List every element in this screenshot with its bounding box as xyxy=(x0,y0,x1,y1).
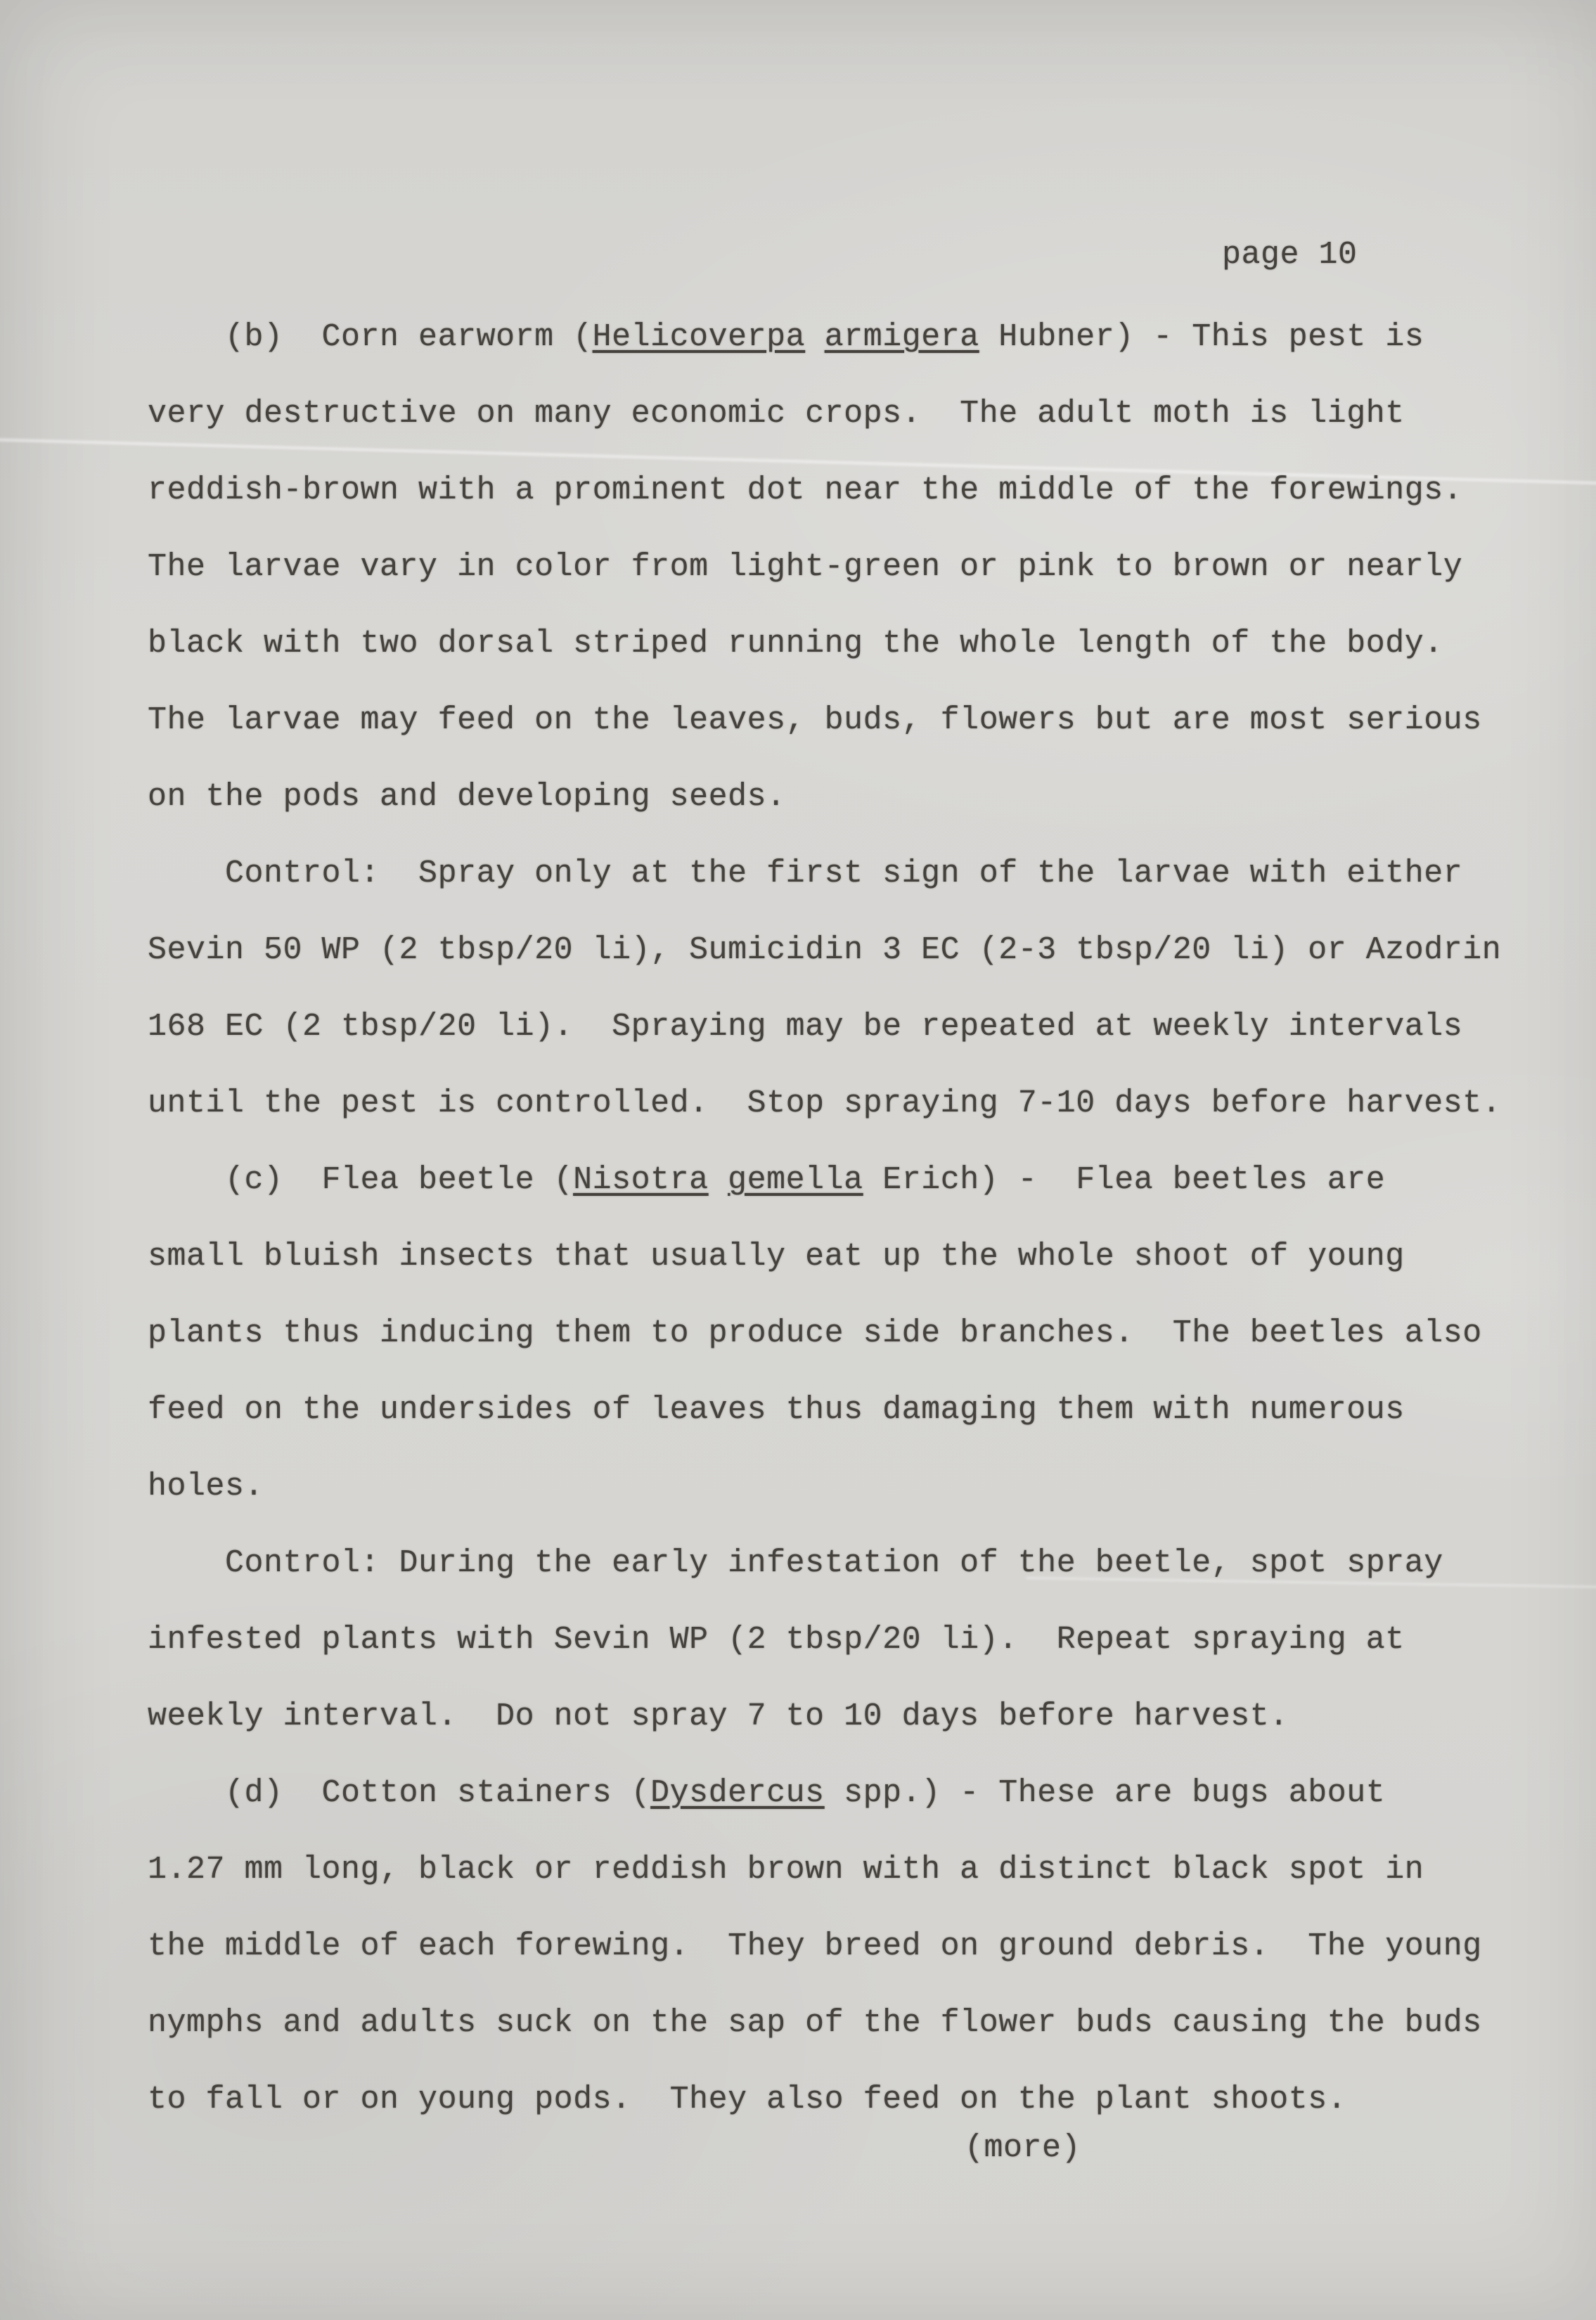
text-segment: The larvae vary in color from light-gree… xyxy=(148,549,1462,585)
text-segment: plants thus inducing them to produce sid… xyxy=(148,1315,1482,1351)
text-segment xyxy=(805,319,825,355)
text-segment: weekly interval. Do not spray 7 to 10 da… xyxy=(148,1699,1289,1734)
text-line: The larvae vary in color from light-gree… xyxy=(148,529,1501,605)
scanned-document-page: page 10 (b) Corn earworm (Helicoverpa ar… xyxy=(0,0,1596,2320)
typewritten-body-text: (b) Corn earworm (Helicoverpa armigera H… xyxy=(148,299,1501,2138)
text-segment: Erich) - Flea beetles are xyxy=(863,1162,1386,1198)
text-line: weekly interval. Do not spray 7 to 10 da… xyxy=(148,1678,1501,1755)
text-segment: Control: During the early infestation of… xyxy=(148,1545,1443,1581)
text-segment: Sevin 50 WP (2 tbsp/20 li), Sumicidin 3 … xyxy=(148,932,1501,968)
text-segment: (b) Corn earworm ( xyxy=(148,319,593,355)
text-segment: small bluish insects that usually eat up… xyxy=(148,1239,1405,1275)
continuation-footer: (more) xyxy=(965,2130,1081,2166)
text-line: (d) Cotton stainers (Dysdercus spp.) - T… xyxy=(148,1755,1501,1831)
underlined-species-name: gemella xyxy=(728,1162,863,1198)
text-segment: (c) Flea beetle ( xyxy=(148,1162,573,1198)
text-segment: (d) Cotton stainers ( xyxy=(148,1775,650,1811)
text-line: black with two dorsal striped running th… xyxy=(148,605,1501,682)
text-line: infested plants with Sevin WP (2 tbsp/20… xyxy=(148,1602,1501,1678)
text-line: 1.27 mm long, black or reddish brown wit… xyxy=(148,1831,1501,1908)
text-segment: very destructive on many economic crops.… xyxy=(148,396,1405,432)
underlined-species-name: Dysdercus xyxy=(650,1775,825,1811)
text-segment: 168 EC (2 tbsp/20 li). Spraying may be r… xyxy=(148,1009,1462,1045)
text-line: Control: During the early infestation of… xyxy=(148,1525,1501,1602)
text-line: to fall or on young pods. They also feed… xyxy=(148,2061,1501,2138)
text-segment: to fall or on young pods. They also feed… xyxy=(148,2082,1346,2118)
page-number: page 10 xyxy=(1222,237,1358,273)
text-segment: infested plants with Sevin WP (2 tbsp/20… xyxy=(148,1622,1405,1658)
underlined-species-name: armigera xyxy=(825,319,979,355)
text-segment: reddish-brown with a prominent dot near … xyxy=(148,472,1462,508)
text-line: Control: Spray only at the first sign of… xyxy=(148,835,1501,912)
text-line: reddish-brown with a prominent dot near … xyxy=(148,452,1501,529)
text-line: small bluish insects that usually eat up… xyxy=(148,1218,1501,1295)
text-segment: nymphs and adults suck on the sap of the… xyxy=(148,2005,1482,2041)
text-segment: Control: Spray only at the first sign of… xyxy=(148,856,1462,891)
text-line: holes. xyxy=(148,1448,1501,1525)
text-line: very destructive on many economic crops.… xyxy=(148,375,1501,452)
text-line: nymphs and adults suck on the sap of the… xyxy=(148,1985,1501,2061)
text-line: until the pest is controlled. Stop spray… xyxy=(148,1065,1501,1142)
text-line: The larvae may feed on the leaves, buds,… xyxy=(148,682,1501,759)
underlined-species-name: Helicoverpa xyxy=(593,319,806,355)
text-segment: feed on the undersides of leaves thus da… xyxy=(148,1392,1405,1428)
text-segment: on the pods and developing seeds. xyxy=(148,779,786,815)
text-line: Sevin 50 WP (2 tbsp/20 li), Sumicidin 3 … xyxy=(148,912,1501,988)
text-line: (b) Corn earworm (Helicoverpa armigera H… xyxy=(148,299,1501,375)
text-segment: Hubner) - This pest is xyxy=(979,319,1424,355)
text-segment: the middle of each forewing. They breed … xyxy=(148,1928,1482,1964)
text-segment: holes. xyxy=(148,1469,264,1504)
text-line: the middle of each forewing. They breed … xyxy=(148,1908,1501,1985)
text-line: (c) Flea beetle (Nisotra gemella Erich) … xyxy=(148,1142,1501,1218)
text-segment: black with two dorsal striped running th… xyxy=(148,626,1443,662)
text-segment: The larvae may feed on the leaves, buds,… xyxy=(148,702,1482,738)
text-segment: spp.) - These are bugs about xyxy=(825,1775,1386,1811)
text-line: feed on the undersides of leaves thus da… xyxy=(148,1372,1501,1448)
text-segment: until the pest is controlled. Stop spray… xyxy=(148,1085,1501,1121)
text-line: plants thus inducing them to produce sid… xyxy=(148,1295,1501,1372)
text-line: 168 EC (2 tbsp/20 li). Spraying may be r… xyxy=(148,988,1501,1065)
text-segment: 1.27 mm long, black or reddish brown wit… xyxy=(148,1852,1424,1888)
text-segment xyxy=(709,1162,728,1198)
text-line: on the pods and developing seeds. xyxy=(148,759,1501,835)
underlined-species-name: Nisotra xyxy=(573,1162,709,1198)
